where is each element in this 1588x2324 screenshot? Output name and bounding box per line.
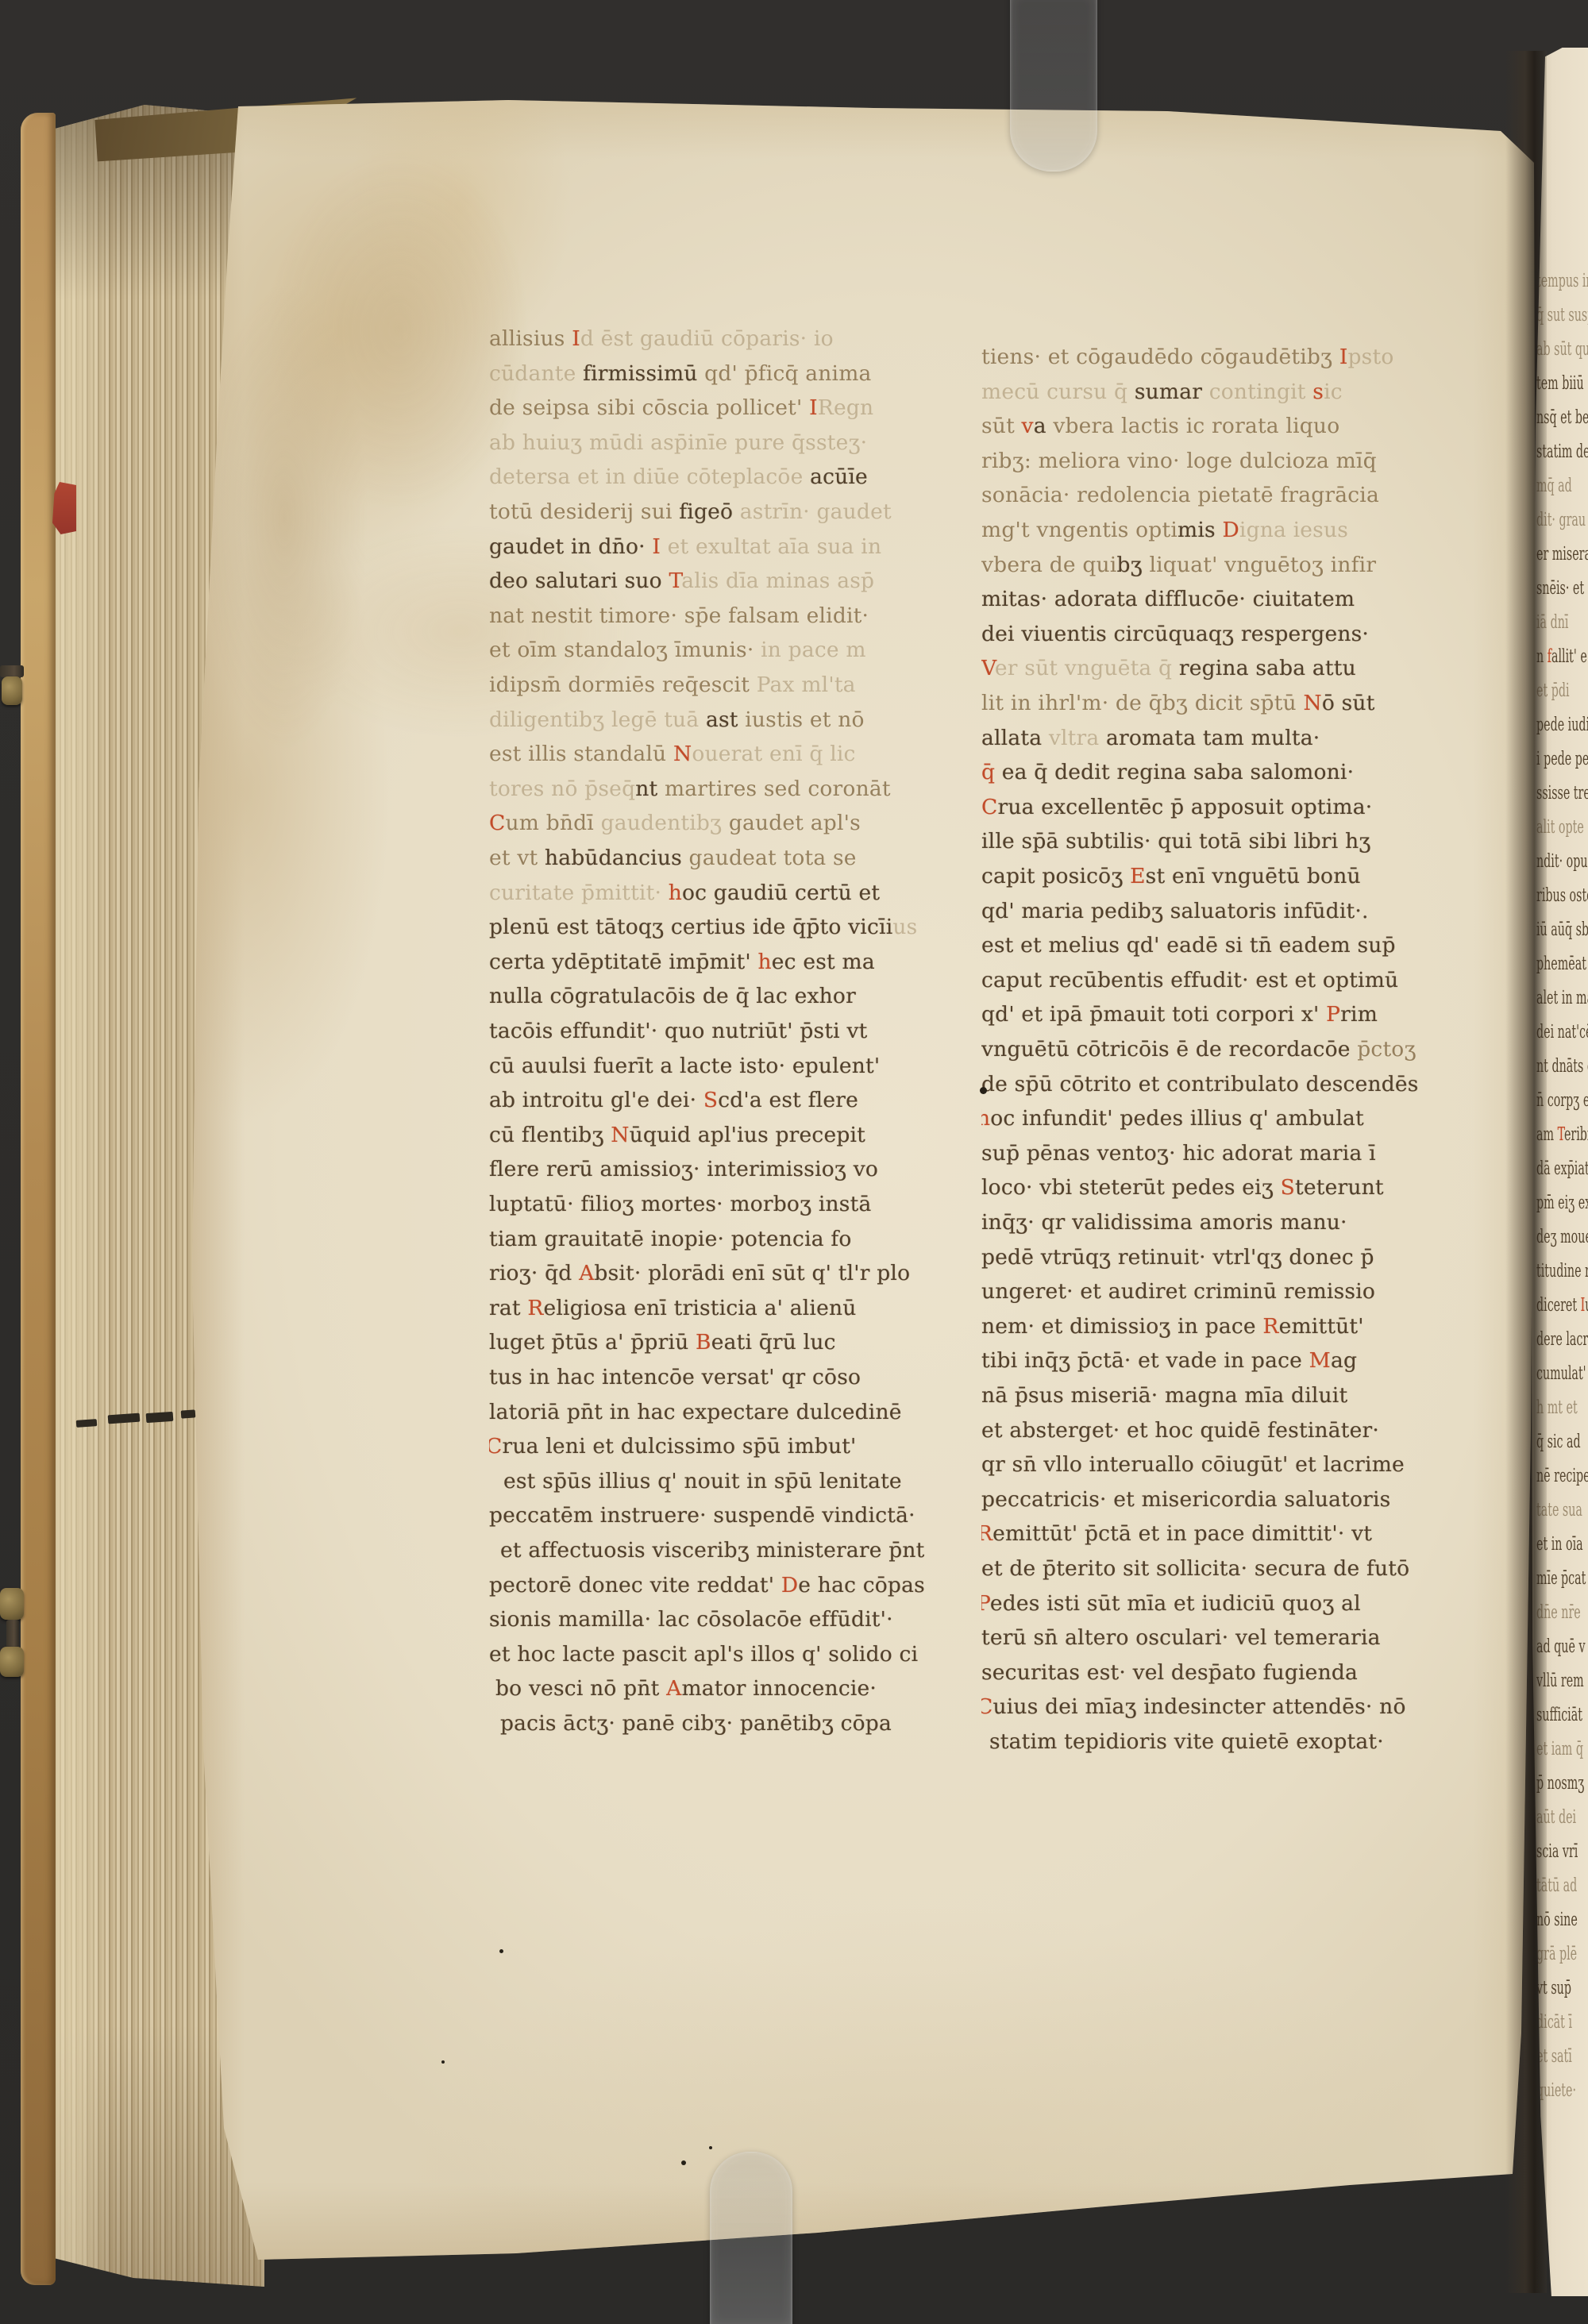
text-segment: latoriā pn̄t in hac expectare dulcedinē (489, 1400, 902, 1424)
text-line: Crua leni et dulcissimo sp̄ū imbut' (489, 1429, 857, 1464)
text-segment: ab sūt qua (1536, 339, 1588, 360)
text-column-left: allisius Id ēst gaudiū cōparis· iocūdant… (489, 322, 935, 1760)
next-leaf-text-fragment: et in oīa (1536, 1534, 1583, 1555)
text-segment: dere lacrom (1536, 1329, 1588, 1350)
text-segment: et satī (1536, 2046, 1572, 2067)
text-segment: ab introitu gl'e dei· (489, 1088, 703, 1112)
rubric-initial: R (981, 1521, 992, 1546)
text-segment: firmissimū (583, 361, 704, 386)
next-leaf-text-fragment: iā dnī (1536, 612, 1568, 633)
next-leaf-text-fragment: n̄ corpʒ et (1536, 1090, 1588, 1111)
text-segment: liquat' vnguētoʒ infir (1149, 553, 1376, 577)
rubric-initial: I (652, 534, 667, 559)
text-segment: dei viuentis circūquaqʒ respergens· (981, 622, 1369, 646)
text-segment: mq̄ ad (1536, 476, 1572, 496)
text-line: cū auulsi fuerīt a lacte isto· epulent' (489, 1049, 880, 1084)
text-segment: securitas est· vel desp̄ato fugienda (981, 1660, 1358, 1685)
text-segment: rua leni et dulcissimo sp̄ū imbut' (502, 1434, 856, 1459)
next-leaf-text-fragment: diceret Iucbi (1536, 1295, 1588, 1316)
text-line: Crua excellentēc p̄ apposuit optima· (981, 790, 1372, 825)
text-line: Ver sūt vnguēta q̄ regina saba attu (981, 651, 1356, 686)
rubric-initial: s (1312, 380, 1324, 404)
text-line: sūt va vbera lactis ic rorata liquo (981, 409, 1339, 444)
text-segment: eati q̄rū luc (711, 1330, 836, 1355)
next-leaf-text-fragment: ssisse tre (1536, 783, 1588, 804)
rubric-initial: I (1339, 345, 1348, 369)
rubric-initial: A (579, 1261, 594, 1285)
text-segment: qd' et ipā p̄mauit toti corpori x' (981, 1002, 1326, 1027)
text-line: tiens· et cōgaudēdo cōgaudētibʒ Ipsto (981, 340, 1393, 375)
text-line: et affectuosis visceribʒ ministerare p̄n… (500, 1533, 925, 1568)
text-line: totū desiderij sui figeō astrīn· gaudet (489, 495, 892, 530)
fore-edge-ink-mark (181, 1409, 196, 1418)
text-segment: ō sūt (1322, 691, 1375, 715)
text-segment: ucbi (1585, 1295, 1588, 1316)
glass-clamp-top (1010, 0, 1097, 172)
text-segment: ic (1324, 380, 1343, 404)
text-segment: mg't vngentis opti (981, 518, 1178, 542)
next-leaf-text-fragment: nt dnāts of (1536, 1056, 1588, 1077)
text-segment: ungeret· et audiret criminū remissio (981, 1279, 1375, 1304)
rubric-initial: N (611, 1123, 629, 1147)
text-line: Cum bn̄dī gaudentibʒ gaudet apl's (489, 806, 861, 841)
text-segment: grā plē (1536, 1944, 1577, 1964)
next-leaf-text-fragment: sufficiāt (1536, 1705, 1582, 1725)
text-segment: deʒ mouebūt (1536, 1227, 1588, 1247)
next-leaf-text-fragment: nō sine (1536, 1910, 1578, 1930)
text-segment: n (1536, 646, 1548, 667)
text-line: est illis standalū Nouerat enī q̄ lic (489, 737, 856, 772)
text-segment: oc infundit' pedes illius q' ambulat (990, 1106, 1364, 1131)
next-leaf-text-fragment: dere lacrom (1536, 1329, 1588, 1350)
text-segment: luget p̄tūs a' p̄priū (489, 1330, 696, 1355)
rubric-initial: S (703, 1088, 718, 1112)
text-line: ungeret· et audiret criminū remissio (981, 1274, 1375, 1309)
next-leaf-text-fragment: snēis· et (1536, 578, 1584, 599)
text-segment: allit' e (1551, 646, 1587, 667)
text-segment: cū auulsi fuerīt a lacte isto· epulent' (489, 1054, 880, 1078)
parchment-speck (709, 2146, 712, 2149)
text-segment: flere rerū amissioʒ· interimissioʒ vo (489, 1157, 878, 1181)
text-line: qd' maria pedibʒ saluatoris infūdit·. (981, 894, 1369, 929)
text-segment: h mt et (1536, 1397, 1578, 1418)
clasp-knob-lower-a (0, 1588, 24, 1620)
text-line: rat Religiosa enī tristicia a' alienū (489, 1291, 857, 1326)
text-line: ribʒ: meliora vino· loge dulcioza mīq̄ (981, 444, 1377, 479)
text-segment: caput recūbentis effudit· est et optimū (981, 968, 1398, 992)
text-segment: et in oīa (1536, 1534, 1583, 1555)
leather-cover-edge (21, 113, 56, 2285)
text-segment: ab huiuʒ mūdi asp̄inīe pure q̄ssteʒ· (489, 430, 867, 455)
text-segment: pm̄ eiʒ ex (1536, 1193, 1588, 1213)
text-segment: detersa et in diūe cōteplacōe (489, 464, 810, 489)
text-line: tiam grauitatē inopie· potencia fo (489, 1222, 852, 1257)
next-leaf-text-fragment: dit· grau (1536, 510, 1586, 530)
parchment-speck (980, 1087, 987, 1094)
rubric-initial: D (1222, 518, 1239, 542)
text-segment: tempus in (1536, 271, 1588, 291)
text-segment: scia vrī (1536, 1841, 1578, 1862)
text-segment: curitate p̄mittit· (489, 881, 669, 905)
text-segment: q̄ sic ad (1536, 1432, 1581, 1452)
text-segment: tate sua (1536, 1500, 1582, 1520)
text-segment: iustis et nō (745, 707, 864, 732)
text-line: Cuius dei mīaʒ indesincter attendēs· nō (981, 1690, 1406, 1725)
text-segment: et p̄di (1536, 680, 1570, 701)
rubric-initial: T (1558, 1124, 1564, 1145)
parchment-speck (681, 2160, 686, 2165)
rubric-initial: D (781, 1573, 798, 1598)
next-leaf-text-fragment: q̄ sut susp (1536, 305, 1588, 326)
text-segment: gaudet in dn̄o· (489, 534, 652, 559)
next-leaf-text-fragment: scia vrī (1536, 1841, 1578, 1862)
text-segment: et iam q̄ (1536, 1739, 1583, 1759)
text-line: dei viuentis circūquaqʒ respergens· (981, 617, 1369, 652)
text-segment: vt sup̄ (1536, 1978, 1571, 1998)
text-segment: et absterget· et hoc quidē festināter· (981, 1418, 1379, 1443)
text-segment: de seipsa sibi cōscia pollicet' (489, 395, 809, 420)
text-segment: statim tepidioris vite quietē exoptat· (989, 1729, 1384, 1754)
next-leaf-text-fragment: dā exp̄iatū (1536, 1158, 1588, 1179)
text-segment: vltra (1049, 726, 1106, 750)
text-segment: idipsm̄ dormiēs req̄escit (489, 673, 757, 697)
rubric-initial: C (489, 811, 505, 835)
next-leaf-text-fragment: alet in ma (1536, 988, 1588, 1008)
text-segment: alis dīa minas asp̄ (681, 568, 874, 593)
next-leaf-text-fragment: tem biiū (1536, 373, 1584, 394)
text-line: tomecū cursu q̄ sumar contingit sic (981, 375, 1343, 410)
text-segment: ribus ostē (1536, 885, 1588, 906)
next-leaf-text-fragment: et iam q̄ (1536, 1739, 1583, 1759)
rubric-initial: h (981, 1106, 990, 1131)
text-segment: et hoc lacte pascit apl's illos q' solid… (489, 1642, 918, 1667)
text-segment: i pede pec (1536, 749, 1588, 769)
rubric-initial: S (1281, 1175, 1295, 1200)
next-leaf-text-fragment: h mt et (1536, 1397, 1578, 1418)
next-leaf-text-fragment: ribus ostē (1536, 885, 1588, 906)
rubric-initial: C (981, 795, 997, 819)
text-line: hoc infundit' pedes illius q' ambulat (981, 1101, 1364, 1136)
text-segment: titudine mū (1536, 1261, 1588, 1281)
text-line: et de p̄terito sit sollicita· secura de … (981, 1551, 1409, 1586)
rubric-initial: I (809, 395, 818, 420)
next-leaf-text-fragment: statim de (1536, 441, 1588, 462)
text-segment: bʒ (1116, 553, 1149, 577)
text-segment: sumar (1135, 380, 1202, 404)
next-leaf-text-fragment: vt sup̄ (1536, 1978, 1571, 1998)
text-line: gaudet in dn̄o· I et exultat aīa sua in (489, 530, 881, 565)
text-segment: pectorē donec vite reddat' (489, 1573, 781, 1598)
text-segment: tus in hac intencōe versat' qr cōso (489, 1365, 861, 1389)
text-segment: teterunt (1295, 1175, 1384, 1200)
text-segment: er misera (1536, 544, 1588, 565)
next-leaf-text-fragment: mq̄ ad (1536, 476, 1572, 496)
text-segment: ast (706, 707, 745, 732)
text-segment: ec est ma (772, 950, 875, 974)
text-segment: ille sp̄ā subtilis· qui totā sibi libri … (981, 829, 1371, 854)
text-line: cūdante firmissimū qd' p̄ficq̄ anima (489, 357, 872, 391)
text-segment: am (1536, 1124, 1558, 1145)
text-line: statim tepidioris vite quietē exoptat· (989, 1725, 1384, 1759)
text-segment: sufficiāt (1536, 1705, 1582, 1725)
next-leaf-text-fragment: mīe p̄cat (1536, 1568, 1586, 1589)
next-leaf-text-fragment: deʒ mouebūt (1536, 1227, 1588, 1247)
rubric-initial: N (1303, 691, 1321, 715)
text-line: idipsm̄ dormiēs req̄escit Pax ml'ta (489, 668, 856, 703)
text-line: terū sn̄ altero osculari· vel temeraria (981, 1621, 1381, 1655)
text-segment: cū flentibʒ (489, 1123, 611, 1147)
text-line: est sp̄ūs illius q' nouit in sp̄ū lenita… (503, 1464, 902, 1499)
text-segment: mecū cursu q̄ (981, 380, 1135, 404)
text-segment: qr sn̄ vllo interuallo cōiugūt' et lacri… (981, 1452, 1405, 1477)
text-segment: ūquid apl'ius precepit (630, 1123, 865, 1147)
text-segment: bo vesci nō pn̄t (495, 1676, 666, 1701)
text-segment: astrīn· gaudet (733, 499, 892, 524)
next-leaf-text-fragment: pm̄ eiʒ ex (1536, 1193, 1588, 1213)
text-segment: tores nō p̄seq̄ (489, 777, 635, 801)
text-segment: um bn̄dī (505, 811, 600, 835)
text-segment: allisius (489, 326, 572, 351)
text-segment: ssisse tre (1536, 783, 1588, 804)
text-line: peccatricis· et misericordia saluatoris (981, 1482, 1390, 1517)
fore-edge-ink-mark (146, 1412, 174, 1423)
text-segment: sionis mamilla· lac cōsolacōe effūdit'· (489, 1607, 893, 1632)
red-index-tab (52, 482, 76, 534)
rubric-initial: v (1022, 414, 1034, 438)
rubric-initial: N (673, 742, 692, 766)
text-segment: mis (1178, 518, 1222, 542)
text-line: bo vesci nō pn̄t Amator innocencie· (495, 1671, 877, 1706)
text-line: mg't vngentis optimis Digna iesus (981, 513, 1348, 548)
next-leaf-text-fragment: iū aūq̄ sba (1536, 919, 1588, 940)
text-segment: figeō (679, 499, 733, 524)
text-column-right: tiens· et cōgaudēdo cōgaudētibʒ Ipstotom… (981, 340, 1442, 1779)
text-segment: capit posicōʒ (981, 864, 1130, 888)
text-line: Pedes isti sūt mīa et iudiciū quoʒ al (981, 1586, 1361, 1621)
text-segment: n̄ corpʒ et (1536, 1090, 1588, 1111)
next-leaf-text-fragment: titudine mū (1536, 1261, 1588, 1281)
text-segment: acūīe (810, 464, 868, 489)
text-segment: pedē vtrūqʒ retinuit· vtrl'qʒ donec p̄ (981, 1245, 1374, 1270)
text-segment: sonācia· redolencia pietatē fragrācia (981, 483, 1379, 507)
text-segment: cumulat' in (1536, 1363, 1588, 1384)
text-line: mitas· adorata difflucōe· ciuitatem (981, 582, 1355, 617)
glass-clamp-bottom (710, 2152, 792, 2324)
text-segment: allata (981, 726, 1049, 750)
text-segment: tacōis effundit'· quo nutriūt' p̄sti vt (489, 1019, 868, 1043)
text-line: ille sp̄ā subtilis· qui totā sibi libri … (981, 824, 1371, 859)
text-segment: iā dnī (1536, 612, 1568, 633)
text-segment: dicāt ī (1536, 2012, 1572, 2033)
text-segment: nt dnāts of (1536, 1056, 1588, 1077)
next-leaf-text-fragment: cumulat' in (1536, 1363, 1588, 1384)
text-line: et hoc lacte pascit apl's illos q' solid… (489, 1637, 918, 1672)
text-segment: peccatēm instruere· suspendē vindictā· (489, 1503, 915, 1528)
text-segment: sūt (981, 414, 1022, 438)
text-segment: ribʒ: meliora vino· loge dulcioza mīq̄ (981, 449, 1377, 473)
text-segment: habūdancius (545, 846, 689, 870)
next-leaf-text-fragment: tate sua (1536, 1500, 1582, 1520)
text-segment: dā exp̄iatū (1536, 1158, 1588, 1179)
text-segment: nt (635, 777, 657, 801)
text-segment: loco· vbi steterūt pedes eiʒ (981, 1175, 1281, 1200)
next-leaf-text-fragment: i pede pec (1536, 749, 1588, 769)
text-line: inq̄ʒ· qr validissima amoris manu· (981, 1205, 1347, 1240)
clasp-knob-lower-b (0, 1647, 24, 1677)
text-line: luget p̄tūs a' p̄priū Beati q̄rū luc (489, 1325, 836, 1360)
text-segment: regina saba attu (1179, 656, 1356, 680)
text-segment: cd'a est flere (718, 1088, 858, 1112)
next-leaf-edge: tempus inq̄ sut suspab sūt quatem biiūns… (1531, 48, 1588, 2296)
text-line: est et melius qd' eadē si tn̄ eadem sup̄ (981, 928, 1396, 963)
next-leaf-text-fragment: ad quē v (1536, 1636, 1586, 1657)
text-segment: tātū ad (1536, 1875, 1577, 1896)
text-line: nat nestit timore· sp̄e falsam elidit· (489, 599, 869, 634)
text-line: de sp̄ū cōtrito et contribulato descendē… (981, 1067, 1419, 1102)
parchment-speck (441, 2060, 445, 2064)
text-segment: mīe p̄cat (1536, 1568, 1586, 1589)
text-line: vbera de quibʒ liquat' vnguētoʒ infir (981, 548, 1376, 583)
next-leaf-text-fragment: am Teribil (1536, 1124, 1588, 1145)
text-line: capit posicōʒ Est enī vnguētū bonū (981, 859, 1361, 894)
text-segment: vbera de qui (981, 553, 1116, 577)
text-segment: phemēat a (1536, 954, 1588, 974)
text-line: securitas est· vel desp̄ato fugienda (981, 1655, 1358, 1690)
text-segment: eligiosa enī tristicia a' alienū (544, 1296, 857, 1320)
text-line: tus in hac intencōe versat' qr cōso (489, 1360, 861, 1395)
rubric-initial: P (1326, 1002, 1340, 1027)
text-line: deo salutari suo Talis dīa minas asp̄ (489, 564, 874, 599)
text-segment: Pax ml'ta (757, 673, 856, 697)
text-segment: alet in ma (1536, 988, 1588, 1008)
text-segment: contingit (1202, 380, 1312, 404)
manuscript-photo: tempus inq̄ sut suspab sūt quatem biiūns… (0, 0, 1588, 2324)
text-segment: edes isti sūt mīa et iudiciū quoʒ al (990, 1591, 1361, 1616)
text-segment: p̄ nosmʒ (1536, 1773, 1584, 1794)
next-leaf-text-fragment: ab sūt qua (1536, 339, 1588, 360)
text-segment: rioʒ· q̄d (489, 1261, 579, 1285)
text-line: pacis āctʒ· panē cibʒ· panētibʒ cōpa (500, 1706, 892, 1741)
text-segment: dei nat'cē· (1536, 1022, 1588, 1043)
text-segment: pacis āctʒ· panē cibʒ· panētibʒ cōpa (500, 1711, 892, 1736)
text-line: certa ydēptitatē imp̄mit' hec est ma (489, 945, 875, 980)
text-segment: statim de (1536, 441, 1588, 462)
text-segment: quiete· (1536, 2080, 1576, 2101)
text-segment: qd' p̄ficq̄ anima (704, 361, 871, 386)
text-line: nem· et dimissioʒ in pace Remittūt' (981, 1309, 1364, 1344)
text-segment: Regn (818, 395, 873, 420)
text-segment: de sp̄ū cōtrito et contribulato descendē… (981, 1072, 1419, 1096)
text-segment: lit in ihrl'm· de q̄bʒ dicit sp̄tū (981, 691, 1303, 715)
text-segment: dit· grau (1536, 510, 1586, 530)
text-segment: gaudentibʒ (601, 811, 729, 835)
text-line: ab huiuʒ mūdi asp̄inīe pure q̄ssteʒ· (489, 426, 867, 461)
text-segment: mitas· adorata difflucōe· ciuitatem (981, 587, 1355, 611)
text-line: allisius Id ēst gaudiū cōparis· io (489, 322, 834, 357)
rubric-initial: R (1262, 1314, 1278, 1339)
text-line: vnguētū cōtricōis ē de recordacōe p̄ctoʒ (981, 1032, 1416, 1067)
text-segment: igna iesus (1239, 518, 1348, 542)
text-segment: est sp̄ūs illius q' nouit in sp̄ū lenita… (503, 1469, 902, 1493)
next-leaf-text-fragment: dicāt ī (1536, 2012, 1572, 2033)
next-leaf-text-fragment: q̄ sic ad (1536, 1432, 1581, 1452)
rubric-initial: I (572, 326, 580, 351)
text-segment: tem biiū (1536, 373, 1584, 394)
clasp-knob-upper (2, 676, 22, 705)
text-segment: rua excellentēc p̄ apposuit optima· (997, 795, 1372, 819)
text-segment: diligentibʒ legē tuā (489, 707, 706, 732)
clasp-bar-lower (6, 1620, 19, 1648)
text-segment: plenū est tātoqʒ certius ide q̄p̄to vicī… (489, 915, 892, 939)
text-segment: inq̄ʒ· qr validissima amoris manu· (981, 1210, 1347, 1235)
text-segment: terū sn̄ altero osculari· vel temeraria (981, 1625, 1381, 1650)
text-segment: et de p̄terito sit sollicita· secura de … (981, 1556, 1409, 1581)
next-leaf-text-fragment: n fallit' e (1536, 646, 1587, 667)
next-leaf-text-fragment: pede iudi (1536, 715, 1588, 735)
rubric-initial: q̄ (981, 760, 995, 784)
text-segment: bsit· plorādi enī sūt q' tl'r plo (594, 1261, 910, 1285)
rubric-initial: h (669, 881, 682, 905)
text-segment: a (1034, 414, 1054, 438)
text-segment: nē recipe (1536, 1466, 1588, 1486)
next-leaf-text-fragment: grā plē (1536, 1944, 1577, 1964)
text-segment: gaudeat tota se (689, 846, 857, 870)
text-segment: nulla cōgratulacōis de q̄ lac exhor (489, 984, 856, 1008)
text-segment: et affectuosis visceribʒ ministerare p̄n… (500, 1538, 925, 1563)
next-leaf-text-fragment: et satī (1536, 2046, 1572, 2067)
next-leaf-text-fragment: er misera (1536, 544, 1588, 565)
rubric-initial: C (981, 1694, 992, 1719)
text-segment: est illis standalū (489, 742, 673, 766)
text-segment: ad quē v (1536, 1636, 1586, 1657)
text-line: ab introitu gl'e dei· Scd'a est flere (489, 1083, 858, 1118)
next-leaf-text-fragment: quiete· (1536, 2080, 1576, 2101)
next-leaf-text-fragment: et p̄di (1536, 680, 1570, 701)
text-segment: p̄ctoʒ (1357, 1037, 1416, 1062)
text-segment: er sūt vnguēta q̄ (995, 656, 1179, 680)
text-line: de seipsa sibi cōscia pollicet' IRegn (489, 391, 873, 426)
text-segment: vbera lactis ic rorata liquo (1053, 414, 1339, 438)
text-segment: ndit· opue (1536, 851, 1588, 872)
text-line: loco· vbi steterūt pedes eiʒ Steterunt (981, 1170, 1384, 1205)
next-leaf-text-fragment: vllū rem (1536, 1671, 1584, 1691)
rubric-initial: V (981, 656, 995, 680)
text-segment: e hac cōpas (798, 1573, 925, 1598)
text-segment: tiam grauitatē inopie· potencia fo (489, 1227, 852, 1251)
rubric-initial: E (1130, 864, 1146, 888)
next-leaf-text-fragment: tātū ad (1536, 1875, 1577, 1896)
text-line: flere rerū amissioʒ· interimissioʒ vo (489, 1152, 878, 1187)
text-line: tores nō p̄seq̄nt martires sed coronāt (489, 772, 891, 807)
text-segment: mator innocencie· (681, 1676, 877, 1701)
text-segment: nō sine (1536, 1910, 1578, 1930)
text-segment: st enī vnguētū bonū (1146, 864, 1361, 888)
text-line: caput recūbentis effudit· est et optimū (981, 963, 1398, 998)
text-line: sup̄ pēnas ventoʒ· hic adorat maria ī (981, 1136, 1376, 1171)
text-segment: nat nestit timore· sp̄e falsam elidit· (489, 603, 869, 628)
rubric-initial: B (696, 1330, 711, 1355)
text-line: diligentibʒ legē tuā ast iustis et nō (489, 703, 865, 738)
text-segment: iū aūq̄ sba (1536, 919, 1588, 940)
text-segment: sup̄ pēnas ventoʒ· hic adorat maria ī (981, 1141, 1376, 1166)
text-segment: diceret (1536, 1295, 1581, 1316)
next-leaf-text-fragment: p̄ nosmʒ (1536, 1773, 1584, 1794)
next-leaf-text-fragment: alit opte (1536, 817, 1584, 838)
text-line: pectorē donec vite reddat' De hac cōpas (489, 1568, 925, 1603)
text-segment: ea q̄ dedit regina saba salomoni· (995, 760, 1354, 784)
text-segment: martires sed coronāt (657, 777, 890, 801)
text-segment: peccatricis· et misericordia saluatoris (981, 1487, 1390, 1512)
